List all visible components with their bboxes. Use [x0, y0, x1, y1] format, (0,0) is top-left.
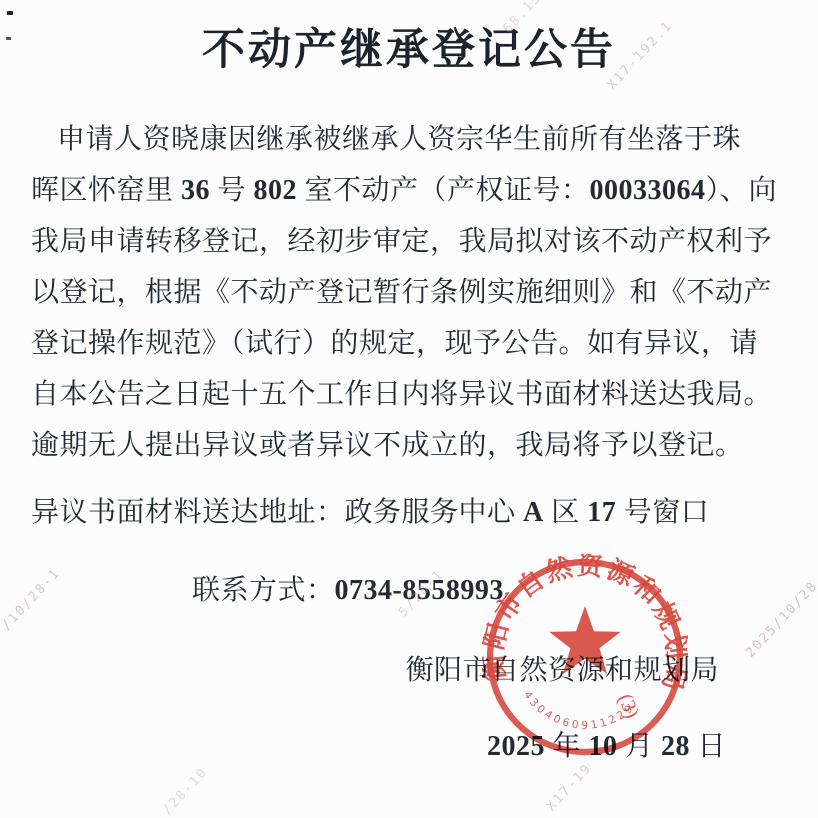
paragraph-line: 晖区怀窑里 36 号 802 室不动产（产权证号：00033064）、向: [31, 165, 786, 216]
watermark-fragment: /10/28-1: [0, 566, 64, 634]
watermark-fragment: /28-10: [160, 765, 211, 818]
paragraph-line: 逾期无人提出异议或者异议不成立的，我局将予以登记。: [31, 420, 786, 471]
seal-sub-label: (3): [614, 691, 643, 722]
issuer-line: 衡阳市自然资源和规划局: [0, 652, 818, 690]
scan-speckle: [7, 11, 13, 15]
paragraph-line: 以登记，根据《不动产登记暂行条例实施细则》和《不动产: [31, 267, 786, 318]
notice-body: 申请人资晓康因继承被继承人资宗华生前所有坐落于珠 晖区怀窑里 36 号 802 …: [31, 114, 786, 471]
paragraph-line: 我局申请转移登记，经初步审定，我局拟对该不动产权利予: [31, 216, 786, 267]
seal-code: 4304060911229: [521, 688, 638, 731]
objection-address-line: 异议书面材料送达地址：政务服务中心 A 区 17 号窗口: [31, 494, 786, 532]
date-line: 2025 年 10 月 28 日: [0, 728, 818, 766]
paragraph-line: 自本公告之日起十五个工作日内将异议书面材料送达我局。: [31, 369, 786, 420]
paragraph-line: 登记操作规范》（试行）的规定，现予公告。如有异议，请: [31, 318, 786, 369]
notice-document: 68.15 X17-192.1 /10/28-1 5/28-1 2025/10/…: [0, 0, 818, 818]
contact-line: 联系方式：0734-8558993: [192, 572, 818, 610]
notice-title: 不动产继承登记公告: [0, 0, 818, 78]
paragraph-line: 申请人资晓康因继承被继承人资宗华生前所有坐落于珠: [31, 114, 786, 165]
watermark-fragment: X17-19: [544, 761, 595, 814]
scan-speckle: [6, 37, 11, 40]
